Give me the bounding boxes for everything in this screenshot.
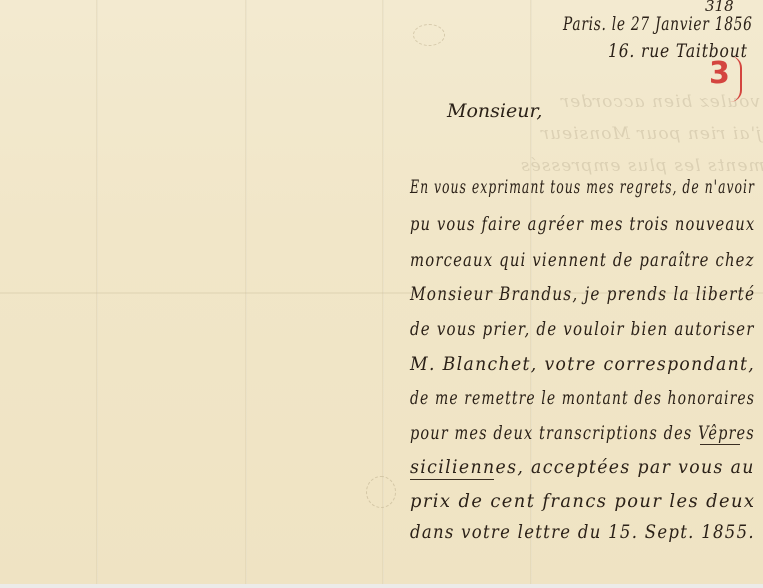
address: 16. rue Taitbout xyxy=(608,40,748,62)
place-date: Paris. le 27 Janvier 1856 xyxy=(563,13,753,35)
body-line: pu vous faire agréer mes trois nouveaux xyxy=(410,213,755,235)
body-line: pour mes deux transcriptions des Vêpres xyxy=(410,422,755,444)
body-line: M. Blanchet, votre correspondant, xyxy=(410,353,755,375)
scan-border xyxy=(0,584,763,588)
show-through-text: cette demande j'ai rien pour Monsieur xyxy=(540,124,763,144)
show-through-text: recevez mes compliments les plus empress… xyxy=(520,156,763,176)
body-line: siciliennes, acceptées par vous au xyxy=(410,456,755,478)
body-line: dans votre lettre du 15. Sept. 1855. xyxy=(410,521,755,543)
letter-sheet: ... que vous voulez bien accorder cette … xyxy=(0,0,763,584)
underline-mark xyxy=(700,444,740,445)
body-line: En vous exprimant tous mes regrets, de n… xyxy=(410,176,755,198)
body-line: morceaux qui viennent de paraître chez xyxy=(410,249,755,271)
body-line: de me remettre le montant des honoraires xyxy=(410,387,755,409)
red-annotation-bracket xyxy=(730,56,742,102)
body-line: de vous prier, de vouloir bien autoriser xyxy=(410,318,755,340)
body-line: Monsieur Brandus, je prends la liberté xyxy=(410,283,755,305)
body-line: prix de cent francs pour les deux xyxy=(410,490,755,512)
embossed-stamp-icon xyxy=(413,24,445,46)
underline-mark xyxy=(410,479,494,480)
salutation: Monsieur, xyxy=(447,100,542,122)
embossed-stamp-icon xyxy=(366,476,396,508)
